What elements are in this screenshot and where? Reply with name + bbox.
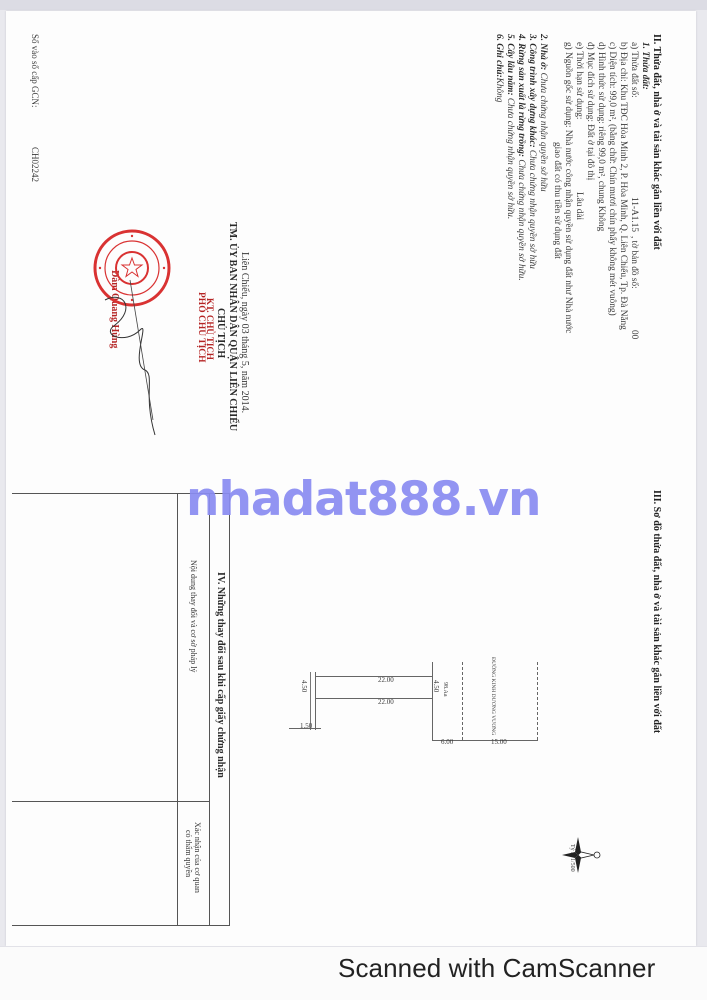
section-2-title: II. Thửa đất, nhà ở và tài sản khác gắn … <box>651 34 661 250</box>
lot-back-width: 4.50 <box>299 680 309 692</box>
issue-date: Liên Chiểu, ngày 03 tháng 5, năm 2014. <box>239 252 249 413</box>
certificate-document: II. Thửa đất, nhà ở và tài sản khác gắn … <box>12 12 695 930</box>
item-3-value: Chưa chứng nhận quyền sở hữu <box>527 150 537 269</box>
item-5-value: Chưa chứng nhận quyền sở hữu. <box>505 98 515 219</box>
usage-origin: g) Nguồn gốc sử dụng: Nhà nước công nhận… <box>563 42 573 333</box>
lot-front-line <box>432 662 433 740</box>
table-header-confirmation-2: có thẩm quyền <box>183 830 193 877</box>
road-width-dimension: 15.00 <box>491 737 507 747</box>
section-4-title: IV. Những thay đổi sau khi cấp giấy chứn… <box>215 572 225 778</box>
road-name: ĐƯỜNG KINH DƯƠNG VƯƠNG <box>488 657 498 735</box>
item-2-label: 2. Nhà ở: <box>538 34 548 70</box>
sidewalk-dimension: 6.00 <box>441 737 453 747</box>
sidewalk-edge <box>462 662 463 740</box>
lot-label: 98.Aa <box>440 682 450 697</box>
usage-term-value: Lâu dài <box>574 192 584 220</box>
north-arrow-icon <box>558 835 603 875</box>
lot-top-edge <box>315 676 433 677</box>
table-header-divider <box>177 493 178 925</box>
land-parcel-number: 11-A1.15 <box>629 197 639 232</box>
usage-form: d) Hình thức sử dụng: riêng 99,0 m², chu… <box>596 42 606 231</box>
table-right-border <box>12 925 230 926</box>
usage-purpose: đ) Mục đích sử dụng: Đất ở tại đô thị <box>585 42 595 180</box>
item-3-label: 3. Công trình xây dựng khác: <box>527 34 537 148</box>
section-3-title: III. Sơ đồ thửa đất, nhà ở và tài sản kh… <box>651 490 661 733</box>
address: b) Địa chỉ: Khu TĐC Hòa Minh 2, P. Hòa M… <box>618 42 628 330</box>
item-4-label: 4. Rừng sản xuất là rừng trồng: <box>516 34 526 157</box>
register-number: CH02242 <box>30 147 40 182</box>
table-column-divider <box>12 801 210 802</box>
setback-dimension: 1.50 <box>300 721 312 731</box>
signer-role-kt: KT. CHỦ TỊCH <box>205 298 215 360</box>
lot-top-length: 22.00 <box>378 675 394 685</box>
lot-bottom-edge <box>315 698 433 699</box>
camscanner-label: Scanned with CamScanner <box>338 953 655 984</box>
table-title-divider <box>209 493 210 925</box>
register-number-label: Số vào sổ cấp GCN: <box>30 34 40 108</box>
watermark: nhadat888.vn <box>186 476 541 523</box>
table-top-border <box>229 493 230 925</box>
item-2-value: Chưa chứng nhận quyền sở hữu <box>538 73 548 192</box>
signer-role: CHỦ TỊCH <box>215 308 225 358</box>
land-parcel-number-label: a) Thửa đất số: <box>629 42 639 98</box>
item-4-value: Chưa chứng nhận quyền sở hữu. <box>516 159 526 280</box>
signer-role-deputy: PHÓ CHỦ TỊCH <box>196 292 206 363</box>
road-edge <box>537 662 538 740</box>
table-header-changes: Nội dung thay đổi và cơ sở pháp lý <box>188 560 198 672</box>
usage-term-label: e) Thời hạn sử dụng: <box>574 42 584 119</box>
map-sheet-number: 00 <box>629 330 639 339</box>
lot-bottom-length: 22.00 <box>378 697 394 707</box>
section-2-subtitle: 1. Thửa đất: <box>640 42 650 90</box>
table-header-confirmation-1: Xác nhận của cơ quan <box>192 822 202 893</box>
lot-back-line <box>315 672 316 730</box>
item-6-label: 6. Ghi chú: <box>494 34 504 78</box>
item-6-value: Không <box>494 78 504 103</box>
scanner-top-bar <box>0 0 707 10</box>
area: c) Diện tích: 99,0 m², (bằng chữ: Chín m… <box>607 42 617 316</box>
map-sheet-label: , tờ bản đồ số: <box>629 236 639 289</box>
usage-origin-cont: giao đất có thu tiền sử dụng đất <box>552 142 562 259</box>
signature-mark <box>95 270 165 440</box>
item-5-label: 5. Cây lâu năm: <box>505 34 515 95</box>
issuing-authority: TM. ỦY BAN NHÂN DÂN QUẬN LIÊN CHIỂU <box>227 222 237 431</box>
